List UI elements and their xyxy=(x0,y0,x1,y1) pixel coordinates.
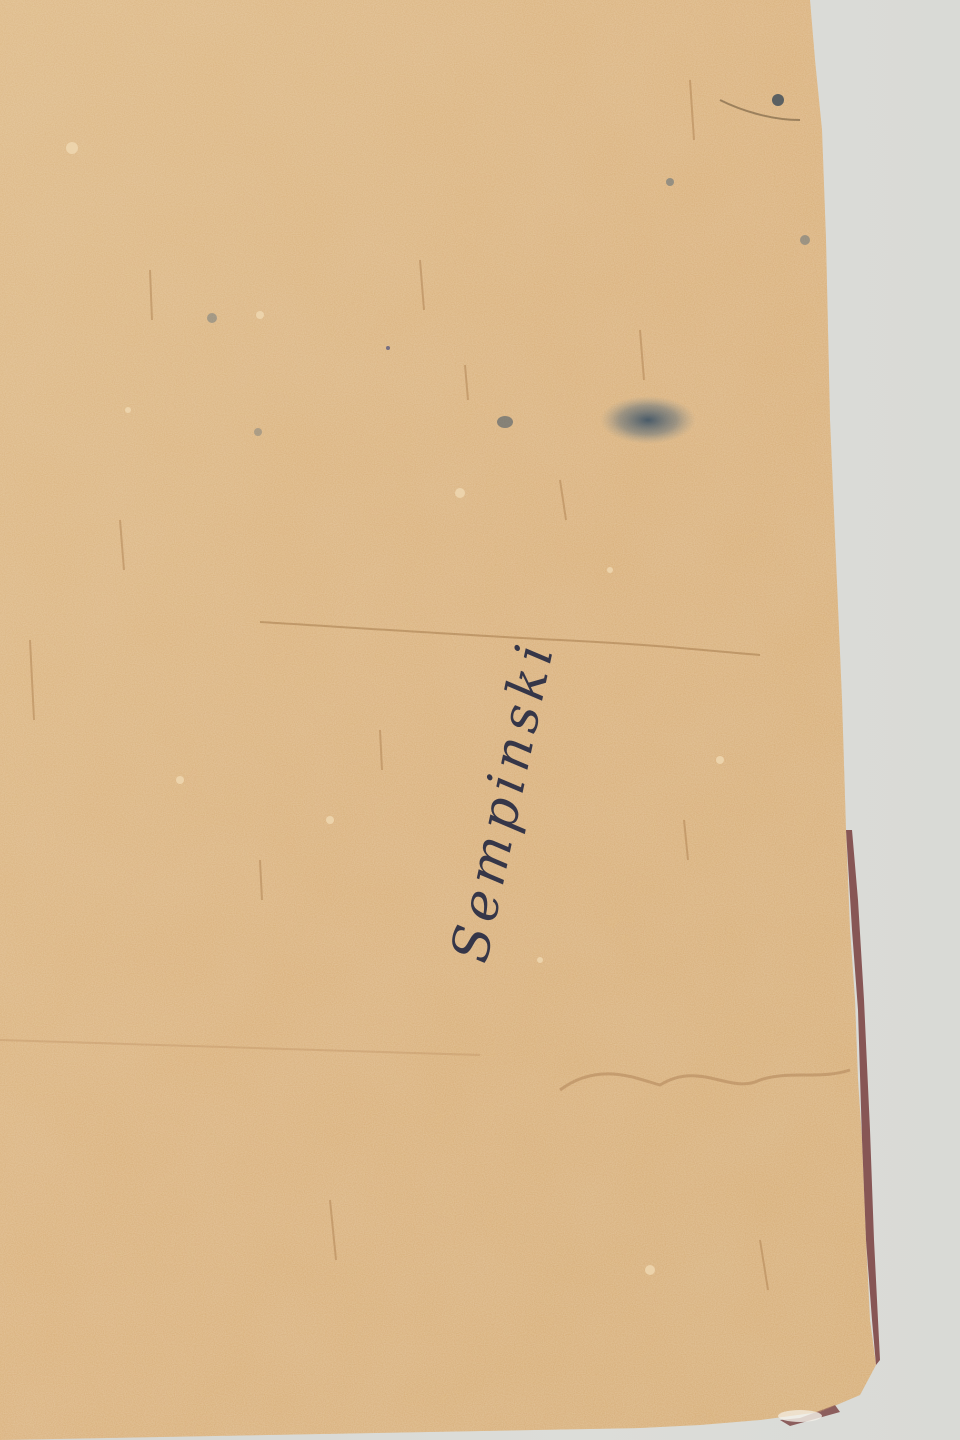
photo-scene: Sempinski xyxy=(0,0,960,1440)
ceramic-slab-back xyxy=(0,0,960,1440)
clay-texture-graphic xyxy=(0,0,960,1440)
